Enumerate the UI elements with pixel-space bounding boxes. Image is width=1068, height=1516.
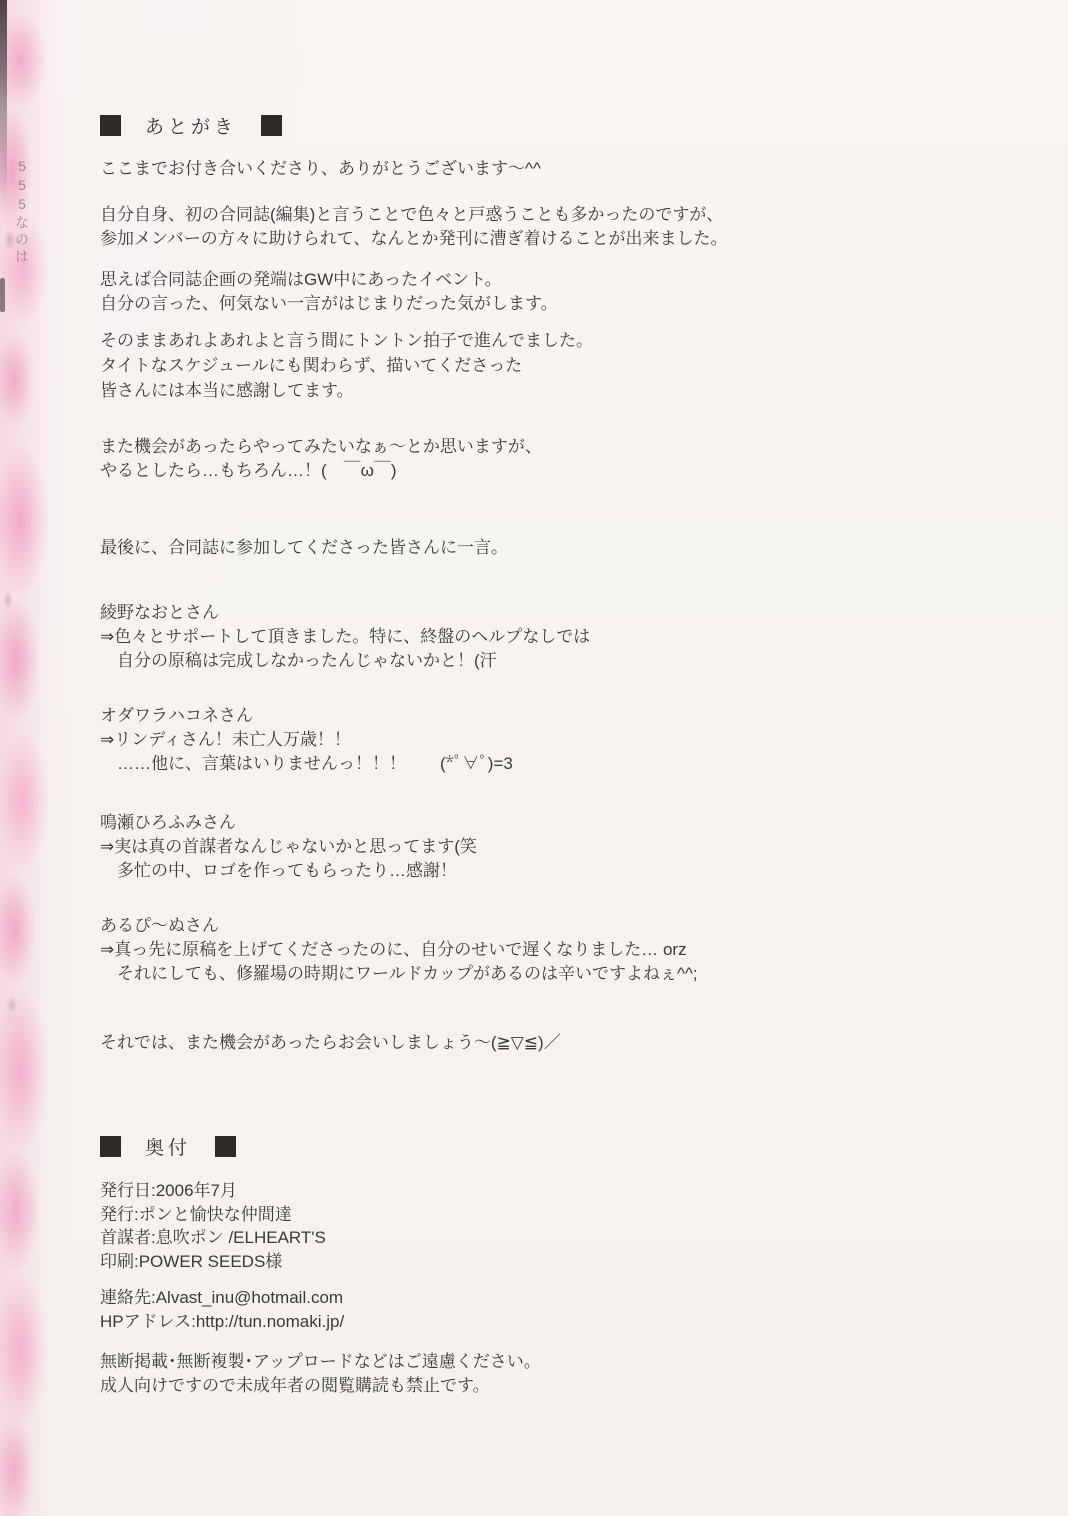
publisher-line: 発行:ポンと愉快な仲間達 — [100, 1203, 990, 1227]
email-line: 連絡先:Alvast_inu@hotmail.com — [100, 1286, 990, 1310]
notice-line: 無断掲載･無断複製･アップロードなどはご遠慮ください。 — [100, 1350, 990, 1374]
credit-name: 鳴瀬ひろふみさん — [100, 811, 990, 835]
paragraph: 最後に、合同誌に参加してくださった皆さんに一言。 — [100, 536, 990, 560]
credit-name: オダワラハコネさん — [100, 704, 990, 728]
paragraph: 思えば合同誌企画の発端はGW中にあったイベント。 自分の言った、何気ない一言がは… — [100, 268, 990, 316]
text-line: また機会があったらやってみたいなぁ～とか思いますが、 — [100, 435, 990, 459]
credit-entry: あるぴ～ぬさん ⇒真っ先に原稿を上げてくださったのに、自分のせいで遅くなりました… — [100, 914, 990, 986]
black-square-icon — [100, 115, 121, 136]
paragraph: また機会があったらやってみたいなぁ～とか思いますが、 やるとしたら…もちろん…！… — [100, 435, 990, 483]
bleedthrough-spine-text: 555なのは — [12, 158, 32, 266]
colophon-contact: 連絡先:Alvast_inu@hotmail.com HPアドレス:http:/… — [100, 1286, 990, 1334]
scan-edge-artifact — [0, 0, 7, 215]
text-line: やるとしたら…もちろん…！( ￣ω￣) — [100, 459, 990, 483]
notice-line: 成人向けですので未成年者の閲覧購読も禁止です。 — [100, 1374, 990, 1398]
printer-line: 印刷:POWER SEEDS様 — [100, 1250, 990, 1274]
paragraph: そのままあれよあれよと言う間にトントン拍子で進んでました。 タイトなスケジュール… — [100, 328, 990, 403]
afterword-heading: あとがき — [100, 112, 282, 139]
homepage-line: HPアドレス:http://tun.nomaki.jp/ — [100, 1310, 990, 1334]
colophon-publish-info: 発行日:2006年7月 発行:ポンと愉快な仲間達 首謀者:息吹ポン /ELHEA… — [100, 1179, 990, 1273]
text-line: ここまでお付き合いくださり、ありがとうございます～^^ — [100, 157, 990, 181]
text-line: ……他に、言葉はいりませんっ！！！ (*ﾟ∀ﾟ)=3 — [100, 752, 990, 776]
credit-entry: 鳴瀬ひろふみさん ⇒実は真の首謀者なんじゃないかと思ってます(笑 多忙の中、ロゴ… — [100, 811, 990, 883]
text-line: ⇒実は真の首謀者なんじゃないかと思ってます(笑 — [100, 835, 990, 859]
text-line: ⇒色々とサポートして頂きました。特に、終盤のヘルプなしでは — [100, 625, 990, 649]
credit-entry: 綾野なおとさん ⇒色々とサポートして頂きました。特に、終盤のヘルプなしでは 自分… — [100, 601, 990, 673]
scan-edge-artifact — [0, 278, 5, 312]
text-line: 思えば合同誌企画の発端はGW中にあったイベント。 — [100, 268, 990, 292]
credit-name: 綾野なおとさん — [100, 601, 990, 625]
closing-line: それでは、また機会があったらお会いしましょう～(≧▽≦)／ — [100, 1031, 990, 1055]
paragraph: 自分自身、初の合同誌(編集)と言うことで色々と戸惑うことも多かったのですが、 参… — [100, 203, 990, 251]
text-line: 皆さんには本当に感謝してます。 — [100, 378, 990, 403]
organizer-line: 首謀者:息吹ポン /ELHEART'S — [100, 1226, 990, 1250]
colophon-notice: 無断掲載･無断複製･アップロードなどはご遠慮ください。 成人向けですので未成年者… — [100, 1350, 990, 1397]
text-line: それでは、また機会があったらお会いしましょう～(≧▽≦)／ — [100, 1031, 990, 1055]
colophon-heading: 奥付 — [100, 1133, 236, 1160]
black-square-icon — [261, 115, 282, 136]
black-square-icon — [215, 1136, 236, 1157]
credit-name: あるぴ～ぬさん — [100, 914, 990, 938]
credit-entry: オダワラハコネさん ⇒リンディさん！未亡人万歳！！ ……他に、言葉はいりませんっ… — [100, 704, 990, 776]
black-square-icon — [100, 1136, 121, 1157]
colophon-heading-label: 奥付 — [145, 1133, 191, 1160]
text-line: タイトなスケジュールにも関わらず、描いてくださった — [100, 353, 990, 378]
text-line: 参加メンバーの方々に助けられて、なんとか発刊に漕ぎ着けることが出来ました。 — [100, 227, 990, 251]
text-line: 多忙の中、ロゴを作ってもらったり…感謝！ — [100, 859, 990, 883]
text-line: 自分自身、初の合同誌(編集)と言うことで色々と戸惑うことも多かったのですが、 — [100, 203, 990, 227]
text-line: そのままあれよあれよと言う間にトントン拍子で進んでました。 — [100, 328, 990, 353]
scanned-doujinshi-page: 555なのは あとがき ここまでお付き合いくださり、ありがとうございます～^^ … — [0, 0, 1068, 1516]
text-line: 最後に、合同誌に参加してくださった皆さんに一言。 — [100, 536, 990, 560]
text-line: それにしても、修羅場の時期にワールドカップがあるのは辛いですよねぇ^^; — [100, 962, 990, 986]
text-line: ⇒リンディさん！未亡人万歳！！ — [100, 728, 990, 752]
afterword-heading-label: あとがき — [145, 112, 237, 139]
paragraph: ここまでお付き合いくださり、ありがとうございます～^^ — [100, 157, 990, 181]
text-line: 自分の原稿は完成しなかったんじゃないかと！(汗 — [100, 649, 990, 673]
text-line: 自分の言った、何気ない一言がはじまりだった気がします。 — [100, 292, 990, 316]
text-line: ⇒真っ先に原稿を上げてくださったのに、自分のせいで遅くなりました… orz — [100, 938, 990, 962]
publish-date-line: 発行日:2006年7月 — [100, 1179, 990, 1203]
